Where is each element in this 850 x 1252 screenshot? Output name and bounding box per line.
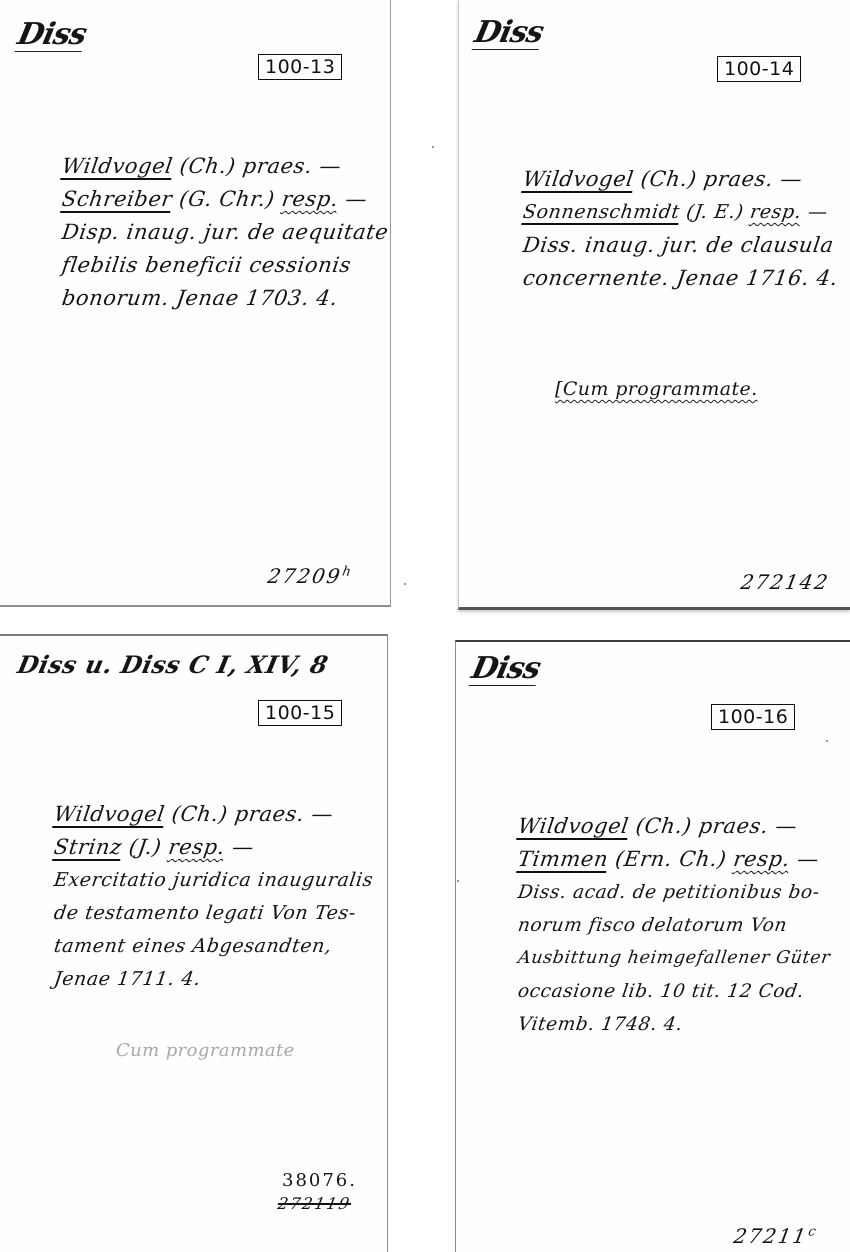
respondent-dash: — bbox=[223, 835, 255, 859]
accession-number: 27209h bbox=[266, 564, 352, 588]
card-entry: Wildvogel (Ch.) praes. — Sonnenschmidt (… bbox=[523, 163, 838, 295]
praeses-initials: (Ch.) bbox=[170, 802, 229, 826]
struck-accession-number: 272119 bbox=[276, 1194, 352, 1213]
card-entry: Wildvogel (Ch.) praes. — Strinz (J.) res… bbox=[54, 798, 373, 996]
shelfmark-label: 100-15 bbox=[258, 700, 342, 726]
title-line: concernente. Jenae 1716. 4. bbox=[521, 262, 841, 295]
praeses-name: Wildvogel bbox=[52, 802, 166, 828]
respondent-initials: (G. Chr.) bbox=[178, 187, 277, 211]
scan-speck bbox=[432, 146, 434, 148]
praeses-name: Wildvogel bbox=[521, 167, 635, 193]
respondent-line: Schreiber (G. Chr.) resp. — bbox=[60, 183, 391, 216]
accession-digits: 272142 bbox=[739, 570, 832, 594]
respondent-role: resp. bbox=[167, 835, 227, 859]
shelfmark-label: 100-14 bbox=[717, 56, 801, 82]
title-line: occasione lib. 10 tit. 12 Cod. bbox=[516, 975, 833, 1008]
title-line: Jenae 1711. 4. bbox=[52, 963, 376, 996]
title-line: Vitemb. 1748. 4. bbox=[516, 1008, 833, 1041]
respondent-name: Strinz bbox=[52, 835, 123, 861]
praeses-role: praes. — bbox=[697, 814, 799, 838]
accession-digits: 27211 bbox=[732, 1224, 810, 1248]
accession-digits: 38076. bbox=[282, 1170, 357, 1191]
title-line: flebilis beneficii cessionis bbox=[60, 249, 391, 282]
accession-suffix: c bbox=[807, 1224, 817, 1239]
respondent-name: Sonnenschmidt bbox=[521, 201, 681, 225]
card-header-diss: Diss bbox=[469, 654, 543, 686]
card-header-diss: Diss bbox=[15, 20, 89, 52]
card-entry: Wildvogel (Ch.) praes. — Timmen (Ern. Ch… bbox=[518, 810, 830, 1041]
scan-speck bbox=[826, 740, 828, 742]
praeses-initials: (Ch.) bbox=[639, 167, 698, 191]
card-header-diss: Diss bbox=[472, 18, 546, 50]
praeses-line: Wildvogel (Ch.) praes. — bbox=[516, 810, 833, 843]
accession-number: 38076. bbox=[282, 1170, 357, 1191]
praeses-line: Wildvogel (Ch.) praes. — bbox=[52, 798, 376, 831]
title-line: Disp. inaug. jur. de aequitate bbox=[60, 216, 391, 249]
catalog-card-100-16: Diss 100-16 Wildvogel (Ch.) praes. — Tim… bbox=[455, 640, 850, 1252]
programmate-note-pencil: Cum programmate bbox=[116, 1040, 295, 1061]
praeses-role: praes. — bbox=[241, 154, 343, 178]
scan-speck bbox=[404, 583, 406, 585]
respondent-line: Strinz (J.) resp. — bbox=[52, 831, 376, 864]
accession-number: 27211c bbox=[732, 1224, 817, 1248]
respondent-dash: — bbox=[337, 187, 369, 211]
respondent-name: Schreiber bbox=[60, 187, 174, 213]
title-line: tament eines Abgesandten, bbox=[52, 930, 376, 963]
respondent-line: Timmen (Ern. Ch.) resp. — bbox=[516, 843, 833, 876]
shelfmark-label: 100-13 bbox=[258, 54, 342, 80]
card-header-diss: Diss u. Diss C I, XIV, 8 bbox=[15, 650, 331, 679]
respondent-initials: (J. E.) bbox=[685, 201, 745, 223]
title-line: Diss. acad. de petitionibus bo- bbox=[516, 876, 833, 909]
praeses-line: Wildvogel (Ch.) praes. — bbox=[60, 150, 391, 183]
respondent-initials: (J.) bbox=[127, 835, 163, 859]
respondent-role: resp. bbox=[280, 187, 340, 211]
shelfmark-label: 100-16 bbox=[711, 704, 795, 730]
catalog-card-100-13: Diss 100-13 Wildvogel (Ch.) praes. — Sch… bbox=[0, 0, 391, 607]
respondent-initials: (Ern. Ch.) bbox=[614, 847, 728, 871]
title-line: norum fisco delatorum Von bbox=[516, 909, 833, 942]
respondent-role: resp. bbox=[732, 847, 792, 871]
respondent-role: resp. bbox=[749, 201, 803, 223]
praeses-name: Wildvogel bbox=[516, 814, 630, 840]
catalog-card-100-15: Diss u. Diss C I, XIV, 8 100-15 Wildvoge… bbox=[0, 634, 388, 1252]
title-line: Ausbittung heimgefallener Güter bbox=[516, 942, 833, 975]
praeses-name: Wildvogel bbox=[60, 154, 174, 180]
title-line: Diss. inaug. jur. de clausula bbox=[521, 229, 841, 262]
praeses-role: praes. — bbox=[702, 167, 804, 191]
respondent-line: Sonnenschmidt (J. E.) resp. — bbox=[521, 196, 841, 229]
accession-number: 272142 bbox=[739, 570, 832, 594]
accession-suffix: h bbox=[341, 564, 352, 579]
respondent-name: Timmen bbox=[516, 847, 610, 873]
accession-digits: 27209 bbox=[266, 564, 344, 588]
programmate-note: [Cum programmate. bbox=[555, 378, 758, 400]
praeses-role: praes. — bbox=[233, 802, 335, 826]
catalog-card-100-14: Diss 100-14 Wildvogel (Ch.) praes. — Son… bbox=[458, 0, 850, 610]
praeses-initials: (Ch.) bbox=[634, 814, 693, 838]
card-entry: Wildvogel (Ch.) praes. — Schreiber (G. C… bbox=[62, 150, 388, 315]
respondent-dash: — bbox=[800, 201, 829, 223]
praeses-line: Wildvogel (Ch.) praes. — bbox=[521, 163, 841, 196]
praeses-initials: (Ch.) bbox=[178, 154, 237, 178]
respondent-dash: — bbox=[788, 847, 820, 871]
title-line: de testamento legati Von Tes- bbox=[52, 897, 376, 930]
title-line: Exercitatio juridica inauguralis bbox=[52, 864, 376, 897]
scan-speck bbox=[457, 880, 459, 882]
title-line: bonorum. Jenae 1703. 4. bbox=[60, 282, 391, 315]
